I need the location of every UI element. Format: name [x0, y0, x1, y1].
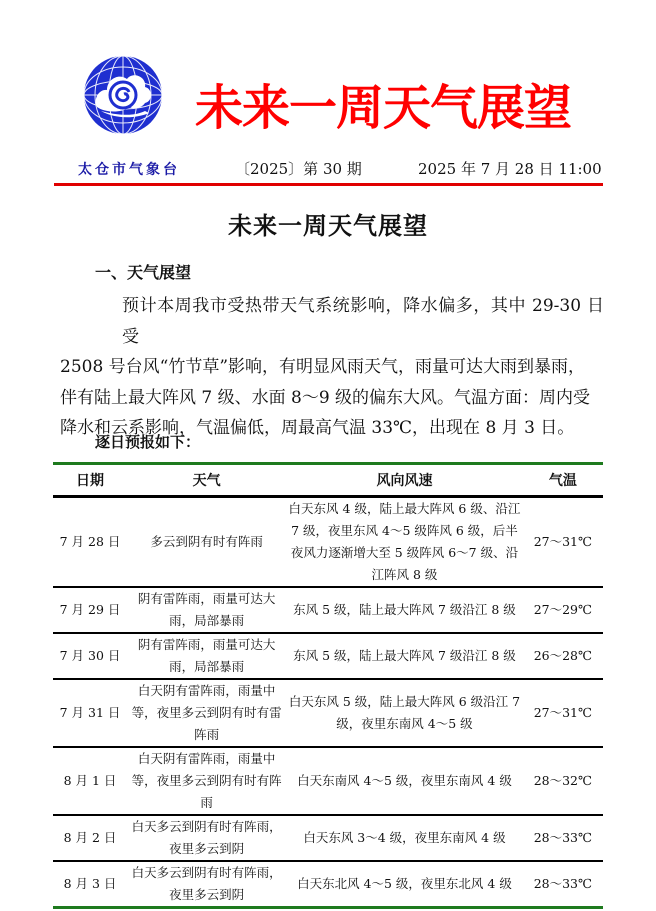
paragraph-line: 伴有陆上最大阵风 7 级、水面 8～9 级的偏东大风。气温方面：周内受 — [60, 383, 604, 414]
organization-name: 太仓市气象台 — [78, 159, 180, 179]
header-weather: 天气 — [127, 464, 286, 497]
cell-date: 7 月 31 日 — [53, 679, 127, 747]
outlook-paragraph: 预计本周我市受热带天气系统影响，降水偏多，其中 29-30 日受 2508 号台… — [88, 291, 604, 444]
masthead-title: 未来一周天气展望 — [195, 78, 571, 138]
cell-date: 8 月 2 日 — [53, 815, 127, 861]
cell-weather: 白天多云到阴有时有阵雨，夜里多云到阴 — [127, 861, 286, 908]
red-divider — [54, 183, 603, 186]
header-temp: 气温 — [523, 464, 603, 497]
cell-date: 7 月 28 日 — [53, 497, 127, 588]
cell-temp: 28～32℃ — [523, 747, 603, 815]
cell-weather: 白天阴有雷阵雨，雨量中等，夜里多云到阴有时有阵雨 — [127, 747, 286, 815]
cma-logo-icon — [83, 55, 163, 135]
header-date: 日期 — [53, 464, 127, 497]
cell-weather: 白天多云到阴有时有阵雨，夜里多云到阴 — [127, 815, 286, 861]
table-row: 7 月 29 日 阴有雷阵雨，雨量可达大雨，局部暴雨 东风 5 级，陆上最大阵风… — [53, 587, 603, 633]
cell-wind: 白天东风 3～4 级，夜里东南风 4 级 — [286, 815, 522, 861]
cell-wind: 东风 5 级，陆上最大阵风 7 级沿江 8 级 — [286, 633, 522, 679]
cell-date: 8 月 1 日 — [53, 747, 127, 815]
cell-weather: 阴有雷阵雨，雨量可达大雨，局部暴雨 — [127, 587, 286, 633]
header-wind: 风向风速 — [286, 464, 522, 497]
table-row: 8 月 2 日 白天多云到阴有时有阵雨，夜里多云到阴 白天东风 3～4 级，夜里… — [53, 815, 603, 861]
cell-temp: 26～28℃ — [523, 633, 603, 679]
cell-weather: 多云到阴有时有阵雨 — [127, 497, 286, 588]
cell-wind: 东风 5 级，陆上最大阵风 7 级沿江 8 级 — [286, 587, 522, 633]
cell-wind: 白天东风 4 级，陆上最大阵风 6 级、沿江 7 级，夜里东风 4～5 级阵风 … — [286, 497, 522, 588]
table-header-row: 日期 天气 风向风速 气温 — [53, 464, 603, 497]
cell-weather: 阴有雷阵雨，雨量可达大雨，局部暴雨 — [127, 633, 286, 679]
table-row: 7 月 30 日 阴有雷阵雨，雨量可达大雨，局部暴雨 东风 5 级，陆上最大阵风… — [53, 633, 603, 679]
cell-temp: 28～33℃ — [523, 861, 603, 908]
table-row: 7 月 31 日 白天阴有雷阵雨，雨量中等，夜里多云到阴有时有雷阵雨 白天东风 … — [53, 679, 603, 747]
cell-date: 8 月 3 日 — [53, 861, 127, 908]
table-row: 8 月 1 日 白天阴有雷阵雨，雨量中等，夜里多云到阴有时有阵雨 白天东南风 4… — [53, 747, 603, 815]
table-row: 8 月 3 日 白天多云到阴有时有阵雨，夜里多云到阴 白天东北风 4～5 级，夜… — [53, 861, 603, 908]
issue-info-bar: 太仓市气象台 〔2025〕第 30 期 2025 年 7 月 28 日 11:0… — [55, 157, 603, 181]
cell-weather: 白天阴有雷阵雨，雨量中等，夜里多云到阴有时有雷阵雨 — [127, 679, 286, 747]
paragraph-line: 2508 号台风“竹节草”影响，有明显风雨天气，雨量可达大雨到暴雨， — [60, 352, 604, 383]
cell-wind: 白天东北风 4～5 级，夜里东北风 4 级 — [286, 861, 522, 908]
cell-temp: 27～31℃ — [523, 679, 603, 747]
cell-wind: 白天东风 5 级，陆上最大阵风 6 级沿江 7 级，夜里东南风 4～5 级 — [286, 679, 522, 747]
daily-forecast-heading: 逐日预报如下： — [95, 431, 200, 452]
document-title: 未来一周天气展望 — [0, 206, 656, 241]
paragraph-line: 预计本周我市受热带天气系统影响，降水偏多，其中 29-30 日受 — [88, 291, 604, 352]
cell-temp: 27～31℃ — [523, 497, 603, 588]
issue-number: 〔2025〕第 30 期 — [235, 158, 362, 179]
daily-forecast-table: 日期 天气 风向风速 气温 7 月 28 日 多云到阴有时有阵雨 白天东风 4 … — [53, 462, 603, 909]
table-row: 7 月 28 日 多云到阴有时有阵雨 白天东风 4 级，陆上最大阵风 6 级、沿… — [53, 497, 603, 588]
cell-wind: 白天东南风 4～5 级，夜里东南风 4 级 — [286, 747, 522, 815]
cell-temp: 27～29℃ — [523, 587, 603, 633]
cell-temp: 28～33℃ — [523, 815, 603, 861]
issue-datetime: 2025 年 7 月 28 日 11:00 — [418, 158, 602, 179]
section-heading: 一、天气展望 — [95, 260, 191, 283]
cell-date: 7 月 30 日 — [53, 633, 127, 679]
cell-date: 7 月 29 日 — [53, 587, 127, 633]
